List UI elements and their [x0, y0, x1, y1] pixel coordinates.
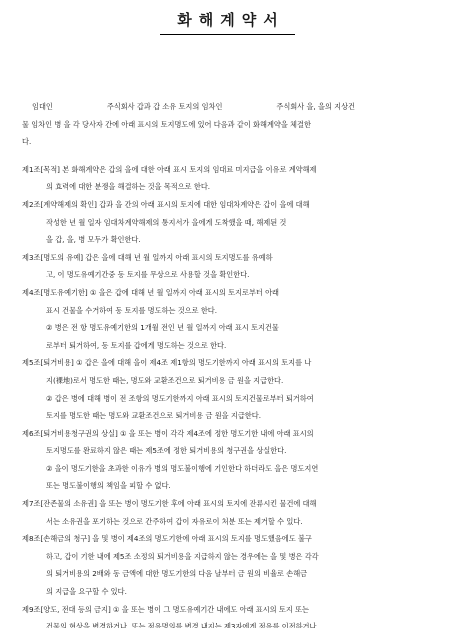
- article-line: 고, 이 명도유예기간중 동 토지를 무상으로 사용할 것을 확인한다.: [22, 266, 432, 284]
- article-line: 로부터 퇴거하여, 동 토지를 갑에게 명도하는 것으로 한다.: [22, 337, 432, 355]
- intro-paragraph: 임대인주식회사 갑과 갑 소유 토지의 임차인주식회사 을, 을의 지상건 물 …: [22, 98, 432, 151]
- article-line: 토지를 명도한 때는 명도와 교환조건으로 퇴거비용 금 원을 지급한다.: [22, 407, 432, 425]
- article-line: 제9조[양도, 전대 등의 금지] ① 을 또는 병이 그 명도유예기간 내에도…: [22, 601, 432, 619]
- intro-line: 임대인주식회사 갑과 갑 소유 토지의 임차인주식회사 을, 을의 지상건: [22, 98, 432, 116]
- article-line: 의 효력에 대한 분쟁을 해결하는 것을 목적으로 한다.: [22, 178, 432, 196]
- document-title: 화해계약서: [160, 10, 295, 30]
- article-line: 제2조[계약해제의 확인] 갑과 을 간의 아래 표시의 토지에 대한 임대차계…: [22, 196, 432, 214]
- article-line: 제1조[목적] 본 화해계약은 갑의 을에 대한 아래 표시 토지의 임대료 미…: [22, 161, 432, 179]
- article-line: 의 지급을 요구할 수 있다.: [22, 583, 432, 601]
- article-line: ② 을이 명도기한을 초과한 이유가 병의 명도불이행에 기인한다 하더라도 을…: [22, 460, 432, 478]
- document-body: 임대인주식회사 갑과 갑 소유 토지의 임차인주식회사 을, 을의 지상건 물 …: [22, 98, 432, 628]
- lessor-label: 임대인: [32, 102, 53, 111]
- article-line: 하고, 갑이 기한 내에 제5조 소정의 퇴거비용을 지급하지 않는 경우에는 …: [22, 548, 432, 566]
- article-5: 제5조[퇴거비용] ① 갑은 을에 대해 을이 제4조 제1항의 명도기한까지 …: [22, 354, 432, 424]
- article-2: 제2조[계약해제의 확인] 갑과 을 간의 아래 표시의 토지에 대한 임대차계…: [22, 196, 432, 249]
- intro-line: 다.: [22, 133, 432, 151]
- article-line: ② 갑은 병에 대해 병이 전 조항의 명도기한까지 아래 표시의 토지건물로부…: [22, 390, 432, 408]
- article-line: 또는 명도불이행의 책임을 피할 수 없다.: [22, 477, 432, 495]
- article-line: 을 갑, 을, 병 모두가 확인한다.: [22, 231, 432, 249]
- article-line: 건물의 현상을 변경하거나, 또는 점유명의를 변경 내지는 제3자에게 점유를…: [22, 618, 432, 628]
- article-8: 제8조[손해금의 청구] 을 및 병이 제4조의 명도기한에 아래 표시의 토지…: [22, 530, 432, 600]
- article-1: 제1조[목적] 본 화해계약은 갑의 을에 대한 아래 표시 토지의 임대료 미…: [22, 161, 432, 196]
- document-header: 화해계약서: [160, 10, 295, 35]
- article-line: 제4조[명도유예기한] ① 을은 갑에 대해 년 월 일까지 아래 표시의 토지…: [22, 284, 432, 302]
- article-line: 지(裸地)로서 명도한 때는, 명도와 교환조건으로 퇴거비용 금 원을 지급한…: [22, 372, 432, 390]
- article-line: 토지명도를 완료하지 않은 때는 제5조에 정한 퇴거비용의 청구권을 상실한다…: [22, 442, 432, 460]
- article-line: 제8조[손해금의 청구] 을 및 병이 제4조의 명도기한에 아래 표시의 토지…: [22, 530, 432, 548]
- article-7: 제7조[잔존물의 소유권] 을 또는 병이 명도기한 후에 아래 표시의 토지에…: [22, 495, 432, 530]
- article-line: 표시 건물을 수거하여 동 토지를 명도하는 것으로 한다.: [22, 302, 432, 320]
- article-6: 제6조[퇴거비용청구권의 상실] ① 을 또는 병이 각각 제4조에 정한 명도…: [22, 425, 432, 495]
- article-line: ② 병은 전 항 명도유예기한의 1개월 전인 년 월 일까지 아래 표시 토지…: [22, 319, 432, 337]
- article-9: 제9조[양도, 전대 등의 금지] ① 을 또는 병이 그 명도유예기간 내에도…: [22, 601, 432, 628]
- article-4: 제4조[명도유예기한] ① 을은 갑에 대해 년 월 일까지 아래 표시의 토지…: [22, 284, 432, 354]
- article-3: 제3조[명도의 유예] 갑은 을에 대해 년 월 일까지 아래 표시의 토지명도…: [22, 249, 432, 284]
- article-line: 제5조[퇴거비용] ① 갑은 을에 대해 을이 제4조 제1항의 명도기한까지 …: [22, 354, 432, 372]
- intro-text: 주식회사 을, 을의 지상건: [276, 102, 355, 111]
- title-underline: [160, 34, 295, 35]
- article-line: 제7조[잔존물의 소유권] 을 또는 병이 명도기한 후에 아래 표시의 토지에…: [22, 495, 432, 513]
- article-line: 서는 소유권을 포기하는 것으로 간주하여 갑이 자유로이 처분 또는 제거할 …: [22, 513, 432, 531]
- article-line: 제3조[명도의 유예] 갑은 을에 대해 년 월 일까지 아래 표시의 토지명도…: [22, 249, 432, 267]
- article-line: 제6조[퇴거비용청구권의 상실] ① 을 또는 병이 각각 제4조에 정한 명도…: [22, 425, 432, 443]
- article-line: 작성한 년 월 일자 임대차계약해제의 통지서가 을에게 도착했을 때, 해제된…: [22, 214, 432, 232]
- intro-text: 주식회사 갑과 갑 소유 토지의 임차인: [107, 102, 223, 111]
- intro-line: 물 임차인 병 을 각 당사자 간에 아래 표시의 토지명도에 있어 다음과 같…: [22, 116, 432, 134]
- article-line: 의 퇴거비용의 2배와 동 금액에 대한 명도기한의 다음 날부터 금 원의 비…: [22, 565, 432, 583]
